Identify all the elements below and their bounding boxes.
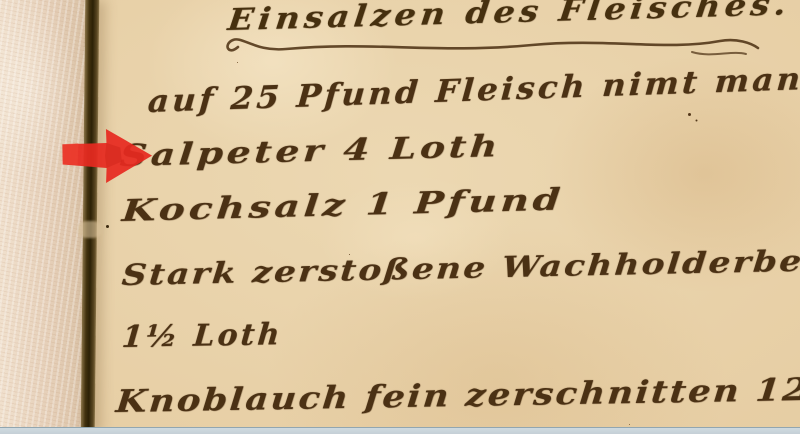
manuscript-line: 1½ Loth: [120, 317, 283, 355]
manuscript-line: Stark zerstoßene Wachholderbeeren: [121, 242, 800, 292]
book-cover-edge: [0, 0, 86, 434]
manuscript-line: Kochsalz 1 Pfund: [121, 182, 566, 229]
manuscript-photo: Einsalzen des Fleisches. auf 25 Pfund Fl…: [0, 0, 800, 434]
scan-edge-strip: [0, 427, 800, 434]
red-arrow-icon: [60, 123, 154, 189]
manuscript-line: Knoblauch fein zerschnitten 12 Loth: [114, 370, 800, 420]
manuscript-line: Salpeter 4 Loth: [119, 129, 503, 174]
paper-specks: [688, 113, 691, 116]
manuscript-line: auf 25 Pfund Fleisch nimt man :: [147, 60, 800, 120]
paper-tear: [78, 221, 102, 238]
title-underline-flourish: [222, 30, 762, 60]
